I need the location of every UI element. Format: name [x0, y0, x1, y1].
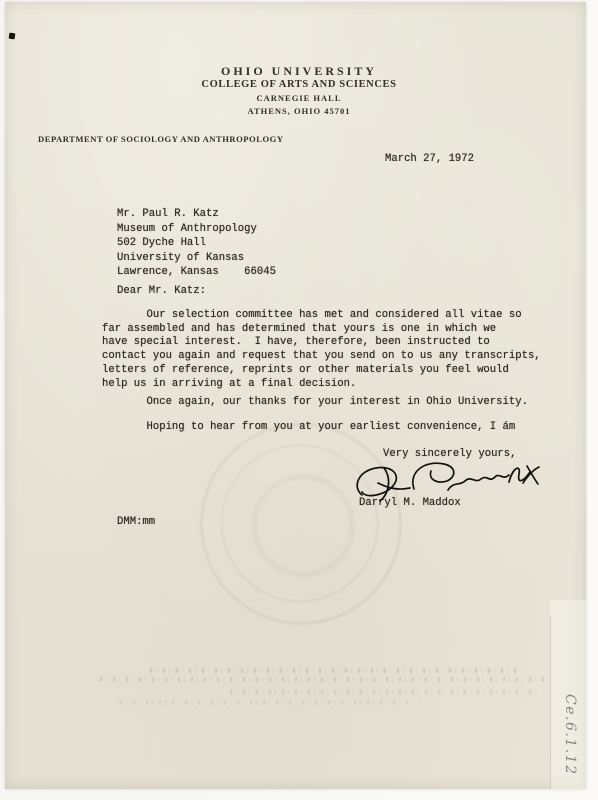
typist-initials: DMM:mm [117, 516, 155, 528]
scanned-letter-document: { "colors": { "paper": "#e8e4d8", "typew… [0, 0, 598, 800]
body-text-line: have special interest. I have, therefore… [102, 336, 541, 350]
recipient-address-line: Lawrence, Kansas 66045 [117, 265, 276, 280]
body-text-line: letters of reference, reprints or other … [102, 364, 541, 378]
body-text-line: Our selection committee has met and cons… [102, 309, 541, 323]
letterhead-department: DEPARTMENT OF SOCIOLOGY AND ANTHROPOLOGY [38, 134, 284, 144]
recipient-address-line: Mr. Paul R. Katz [117, 207, 276, 222]
recipient-address-line: Museum of Anthropology [117, 222, 276, 237]
bleedthrough-text-smudge [100, 677, 545, 682]
letterhead-hall: CARNEGIE HALL [0, 92, 598, 105]
body-text-line: far assembled and has determined that yo… [102, 323, 541, 337]
signature-script [350, 455, 542, 509]
salutation: Dear Mr. Katz: [117, 285, 206, 297]
recipient-address-line: University of Kansas [117, 251, 276, 266]
letterhead: OHIO UNIVERSITY COLLEGE OF ARTS AND SCIE… [0, 64, 598, 118]
ink-spot [9, 33, 16, 40]
body-text-line: contact you again and request that you s… [102, 350, 541, 364]
date-line: March 27, 1972 [385, 153, 474, 165]
body-paragraph-1: Our selection committee has met and cons… [102, 309, 541, 391]
body-text-line: help us in arriving at a final decision. [102, 378, 541, 392]
letterhead-city: ATHENS, OHIO 45701 [0, 105, 598, 118]
body-paragraph-3: Hoping to hear from you at your earliest… [102, 421, 515, 433]
paper-crease [550, 615, 551, 789]
bleedthrough-text-smudge [230, 690, 540, 695]
recipient-address-line: 502 Dyche Hall [117, 236, 276, 251]
letterhead-university: OHIO UNIVERSITY [0, 64, 598, 78]
bleedthrough-text-smudge [120, 700, 420, 705]
letterhead-college: COLLEGE OF ARTS AND SCIENCES [0, 78, 598, 92]
recipient-address-block: Mr. Paul R. KatzMuseum of Anthropology50… [117, 207, 276, 280]
archival-corner-note: Ce.6.1.12 [560, 694, 578, 794]
body-paragraph-2: Once again, our thanks for your interest… [102, 396, 528, 408]
bleedthrough-text-smudge [150, 668, 520, 673]
